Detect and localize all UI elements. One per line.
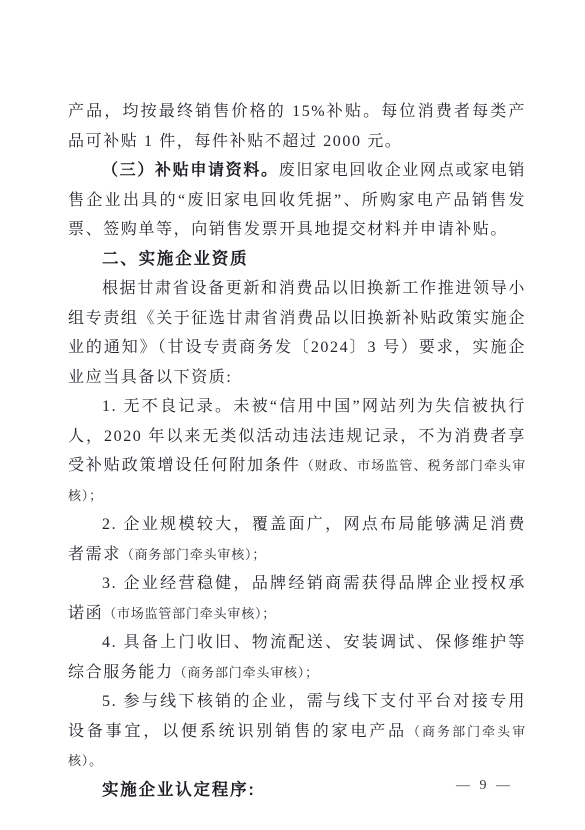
document-content: 产品，均按最终销售价格的 15%补贴。每位消费者每类产品可补贴 1 件，每件补贴… (68, 97, 526, 805)
list-item-1: 1. 无不良记录。未被“信用中国”网站列为失信被执行人，2020 年以来无类似活… (68, 392, 526, 510)
paragraph-application-materials: （三）补贴申请资料。废旧家电回收企业网点或家电销售企业出具的“废旧家电回收凭据”… (68, 156, 526, 245)
list-item-3-note: （市场监管部门牵头审核）； (103, 606, 276, 621)
list-item-2: 2. 企业规模较大，覆盖面广，网点布局能够满足消费者需求（商务部门牵头审核）； (68, 510, 526, 569)
section3-bold-lead: （三）补贴申请资料。 (102, 162, 279, 179)
paragraph-subsidy-continued: 产品，均按最终销售价格的 15%补贴。每位消费者每类产品可补贴 1 件，每件补贴… (68, 97, 526, 156)
list-item-3: 3. 企业经营稳健，品牌经销商需获得品牌企业授权承诺函（市场监管部门牵头审核）； (68, 569, 526, 628)
heading-section2: 二、实施企业资质 (68, 245, 526, 275)
list-item-5: 5. 参与线下核销的企业，需与线下支付平台对接专用设备事宜，以便系统识别销售的家… (68, 687, 526, 776)
list-item-2-note: （商务部门牵头审核）； (121, 547, 266, 562)
page-number: — 9 — (456, 778, 513, 794)
list-item-4: 4. 具备上门收旧、物流配送、安装调试、保修维护等综合服务能力（商务部门牵头审核… (68, 628, 526, 687)
list-item-4-note: （商务部门牵头审核）； (174, 665, 319, 680)
document-page: 产品，均按最终销售价格的 15%补贴。每位消费者每类产品可补贴 1 件，每件补贴… (0, 0, 585, 830)
paragraph-basis: 根据甘肃省设备更新和消费品以旧换新工作推进领导小组专责组《关于征选甘肃省消费品以… (68, 274, 526, 392)
